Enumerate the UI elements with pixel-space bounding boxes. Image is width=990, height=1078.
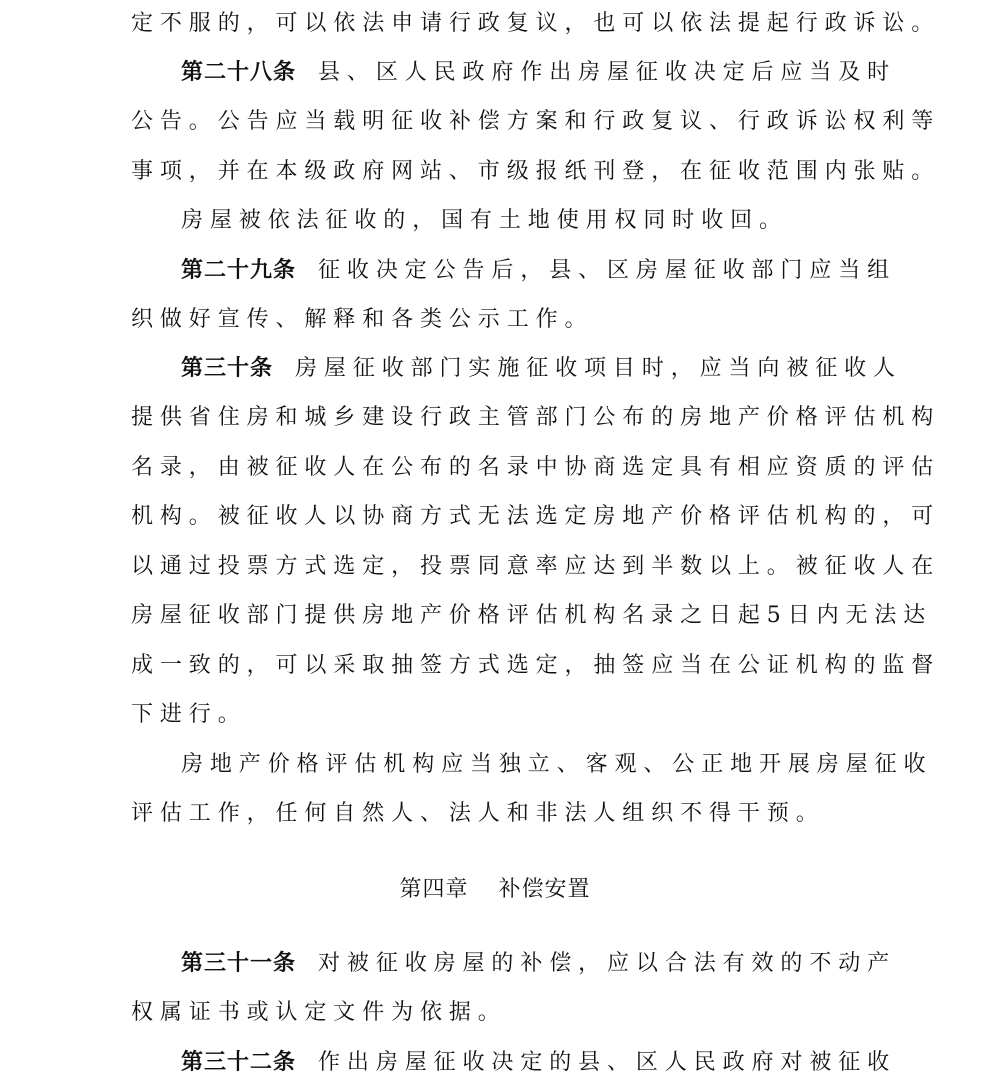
paragraph-text: 名录，由被征收人在公布的名录中协商选定具有相应资质的评估	[131, 455, 940, 480]
article-29-line-1: 第二十九条征收决定公告后，县、区房屋征收部门应当组	[181, 251, 861, 291]
chapter-title: 补偿安置	[499, 877, 591, 902]
article-number: 第三十一条	[181, 951, 296, 976]
paragraph-text: 机构。被征收人以协商方式无法选定房地产价格评估机构的，可	[131, 504, 940, 529]
paragraph-text: 对被征收房屋的补偿，应以合法有效的不动产	[318, 951, 896, 976]
paragraph-text: 成一致的，可以采取抽签方式选定，抽签应当在公证机构的监督	[131, 653, 940, 678]
text-line: 下进行。	[131, 695, 861, 735]
text-line: 成一致的，可以采取抽签方式选定，抽签应当在公证机构的监督	[131, 646, 861, 686]
text-line: 事项，并在本级政府网站、市级报纸刊登，在征收范围内张贴。	[131, 152, 861, 192]
chapter-heading: 第四章补偿安置	[0, 870, 990, 910]
article-32-line-1: 第三十二条作出房屋征收决定的县、区人民政府对被征收	[181, 1043, 861, 1078]
text-line: 公告。公告应当载明征收补偿方案和行政复议、行政诉讼权利等	[131, 102, 861, 142]
article-30-line-1: 第三十条房屋征收部门实施征收项目时，应当向被征收人	[181, 349, 861, 389]
paragraph-text: 房地产价格评估机构应当独立、客观、公正地开展房屋征收	[181, 752, 932, 777]
text-line: 房屋征收部门提供房地产价格评估机构名录之日起5日内无法达	[131, 596, 861, 636]
paragraph-text: 房屋征收部门提供房地产价格评估机构名录之日起5日内无法达	[131, 603, 932, 628]
text-line: 名录，由被征收人在公布的名录中协商选定具有相应资质的评估	[131, 448, 861, 488]
paragraph-text: 事项，并在本级政府网站、市级报纸刊登，在征收范围内张贴。	[131, 159, 940, 184]
paragraph-text: 以通过投票方式选定，投票同意率应达到半数以上。被征收人在	[131, 554, 940, 579]
article-number: 第三十二条	[181, 1050, 296, 1075]
article-31-line-1: 第三十一条对被征收房屋的补偿，应以合法有效的不动产	[181, 944, 861, 984]
text-line: 提供省住房和城乡建设行政主管部门公布的房地产价格评估机构	[131, 398, 861, 438]
text-line: 房地产价格评估机构应当独立、客观、公正地开展房屋征收	[181, 745, 861, 785]
paragraph-text: 权属证书或认定文件为依据。	[131, 1000, 507, 1025]
article-number: 第三十条	[181, 356, 273, 381]
paragraph-text: 下进行。	[131, 702, 247, 727]
paragraph-text: 公告。公告应当载明征收补偿方案和行政复议、行政诉讼权利等	[131, 109, 940, 134]
text-line: 机构。被征收人以协商方式无法选定房地产价格评估机构的，可	[131, 497, 861, 537]
text-line: 织做好宣传、解释和各类公示工作。	[131, 300, 861, 340]
paragraph-text: 作出房屋征收决定的县、区人民政府对被征收	[318, 1050, 896, 1075]
paragraph-text: 评估工作，任何自然人、法人和非法人组织不得干预。	[131, 801, 825, 826]
paragraph-text: 县、区人民政府作出房屋征收决定后应当及时	[318, 60, 896, 85]
paragraph-text: 房屋征收部门实施征收项目时，应当向被征收人	[295, 356, 902, 381]
text-line: 评估工作，任何自然人、法人和非法人组织不得干预。	[131, 794, 861, 834]
article-28-line-1: 第二十八条县、区人民政府作出房屋征收决定后应当及时	[181, 53, 861, 93]
paragraph-text: 征收决定公告后，县、区房屋征收部门应当组	[318, 258, 896, 283]
article-number: 第二十八条	[181, 60, 296, 85]
paragraph-text: 提供省住房和城乡建设行政主管部门公布的房地产价格评估机构	[131, 405, 940, 430]
paragraph-text: 房屋被依法征收的，国有土地使用权同时收回。	[181, 208, 788, 233]
paragraph-text: 织做好宣传、解释和各类公示工作。	[131, 307, 593, 332]
chapter-number: 第四章	[399, 877, 468, 902]
document-page: 定不服的，可以依法申请行政复议，也可以依法提起行政诉讼。 第二十八条县、区人民政…	[0, 0, 990, 1078]
text-line: 房屋被依法征收的，国有土地使用权同时收回。	[181, 201, 861, 241]
article-number: 第二十九条	[181, 258, 296, 283]
text-line: 以通过投票方式选定，投票同意率应达到半数以上。被征收人在	[131, 547, 861, 587]
paragraph-text: 定不服的，可以依法申请行政复议，也可以依法提起行政诉讼。	[131, 11, 940, 36]
text-line: 定不服的，可以依法申请行政复议，也可以依法提起行政诉讼。	[131, 4, 861, 44]
text-line: 权属证书或认定文件为依据。	[131, 993, 861, 1033]
